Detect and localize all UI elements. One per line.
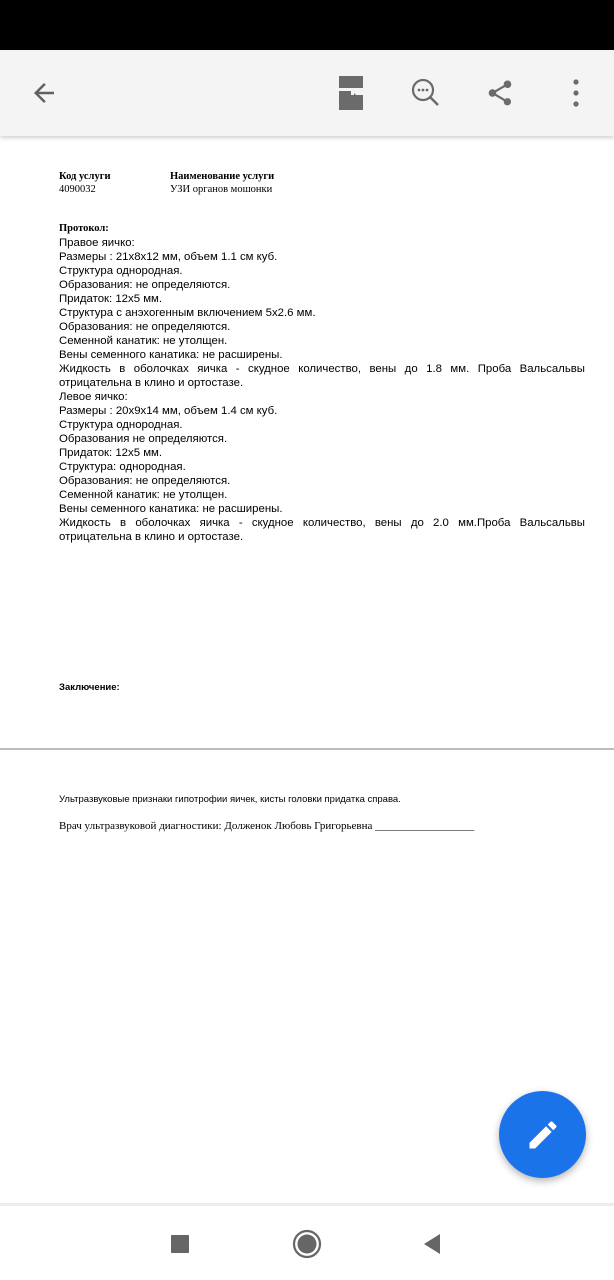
back-triangle-icon [422, 1233, 442, 1255]
protocol-line: отрицательна в клино и ортостазе. [59, 530, 585, 544]
protocol-line: Придаток: 12х5 мм. [59, 446, 585, 460]
more-options-button[interactable] [554, 71, 598, 115]
more-vertical-icon [571, 78, 581, 108]
recents-square-icon [170, 1234, 190, 1254]
app-toolbar [0, 50, 614, 136]
page-layout-icon [338, 75, 364, 111]
protocol-line: Образования не определяются. [59, 432, 585, 446]
protocol-line: Структура: однородная. [59, 460, 585, 474]
protocol-line: Структура с анэхогенным включением 5х2.6… [59, 306, 585, 320]
protocol-line: Жидкость в оболочках яичка - скудное кол… [59, 362, 585, 376]
search-in-document-button[interactable] [404, 71, 448, 115]
share-icon [485, 78, 515, 108]
system-navigation-bar [0, 1203, 614, 1280]
search-in-document-icon [410, 77, 442, 109]
home-button[interactable] [289, 1226, 325, 1262]
conclusion-label: Заключение: [59, 682, 120, 693]
protocol-line: Правое яичко: [59, 236, 585, 250]
service-code-label: Код услуги [59, 171, 111, 182]
page-layout-button[interactable] [329, 71, 373, 115]
service-name-label: Наименование услуги [170, 171, 274, 182]
protocol-line: Образования: не определяются. [59, 278, 585, 292]
arrow-left-icon [29, 78, 59, 108]
protocol-line: Семенной канатик: не утолщен. [59, 488, 585, 502]
pencil-icon [525, 1117, 561, 1153]
home-circle-icon [292, 1229, 322, 1259]
protocol-line: Семенной канатик: не утолщен. [59, 334, 585, 348]
service-name: УЗИ органов мошонки [170, 184, 272, 195]
protocol-line: Структура однородная. [59, 264, 585, 278]
protocol-line: Придаток: 12х5 мм. [59, 292, 585, 306]
protocol-line: Вены семенного канатика: не расширены. [59, 348, 585, 362]
protocol-line: отрицательна в клино и ортостазе. [59, 376, 585, 390]
protocol-line: Структура однородная. [59, 418, 585, 432]
service-code: 4090032 [59, 184, 96, 195]
protocol-line: Вены семенного канатика: не расширены. [59, 502, 585, 516]
protocol-line: Размеры : 20х9х14 мм, объем 1.4 см куб. [59, 404, 585, 418]
conclusion-text: Ультразвуковые признаки гипотрофии яичек… [59, 794, 401, 805]
protocol-line: Левое яичко: [59, 390, 585, 404]
status-bar [0, 0, 614, 50]
protocol-label: Протокол: [59, 223, 109, 234]
document-page-1: Код услуги 4090032 Наименование услуги У… [0, 138, 614, 748]
protocol-line: Размеры : 21х8х12 мм, объем 1.1 см куб. [59, 250, 585, 264]
protocol-line: Образования: не определяются. [59, 474, 585, 488]
back-nav-button[interactable] [414, 1226, 450, 1262]
protocol-line: Образования: не определяются. [59, 320, 585, 334]
recents-button[interactable] [162, 1226, 198, 1262]
back-button[interactable] [22, 71, 66, 115]
protocol-text: Правое яичко:Размеры : 21х8х12 мм, объем… [59, 236, 585, 544]
doctor-signature-line: Врач ультразвуковой диагностики: Должено… [59, 820, 474, 832]
share-button[interactable] [478, 71, 522, 115]
edit-fab-button[interactable] [499, 1091, 586, 1178]
protocol-line: Жидкость в оболочках яичка - скудное кол… [59, 516, 585, 530]
